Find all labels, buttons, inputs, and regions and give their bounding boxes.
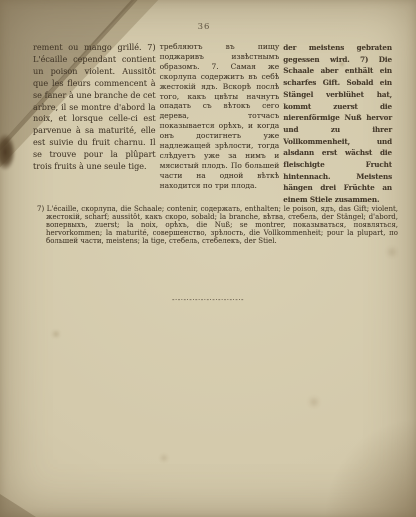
footnote-glossary: 7) L'écaille, скорлупа, die Schaale; con… xyxy=(37,205,398,245)
bottom-right-shading xyxy=(286,377,416,517)
section-divider-ornament: -·-·-·-·-·-·-·-·-·-·-·-·- xyxy=(0,296,416,304)
bottom-left-corner-wear xyxy=(0,485,36,517)
page-surface: 36 rement ou mango grillé. 7) L'écaille … xyxy=(0,0,416,517)
scanned-book-page: 36 rement ou mango grillé. 7) L'écaille … xyxy=(0,0,416,517)
foxing-spots xyxy=(0,0,4,4)
column-french: rement ou mango grillé. 7) L'écaille cep… xyxy=(33,42,156,206)
column-german: der meistens gebraten gegessen wird. 7) … xyxy=(283,42,392,206)
page-number: 36 xyxy=(0,22,408,32)
text-columns: rement ou mango grillé. 7) L'écaille cep… xyxy=(33,42,392,206)
column-russian: требляютъ въ пищу поджаривъ извѣстнымъ о… xyxy=(160,42,280,206)
